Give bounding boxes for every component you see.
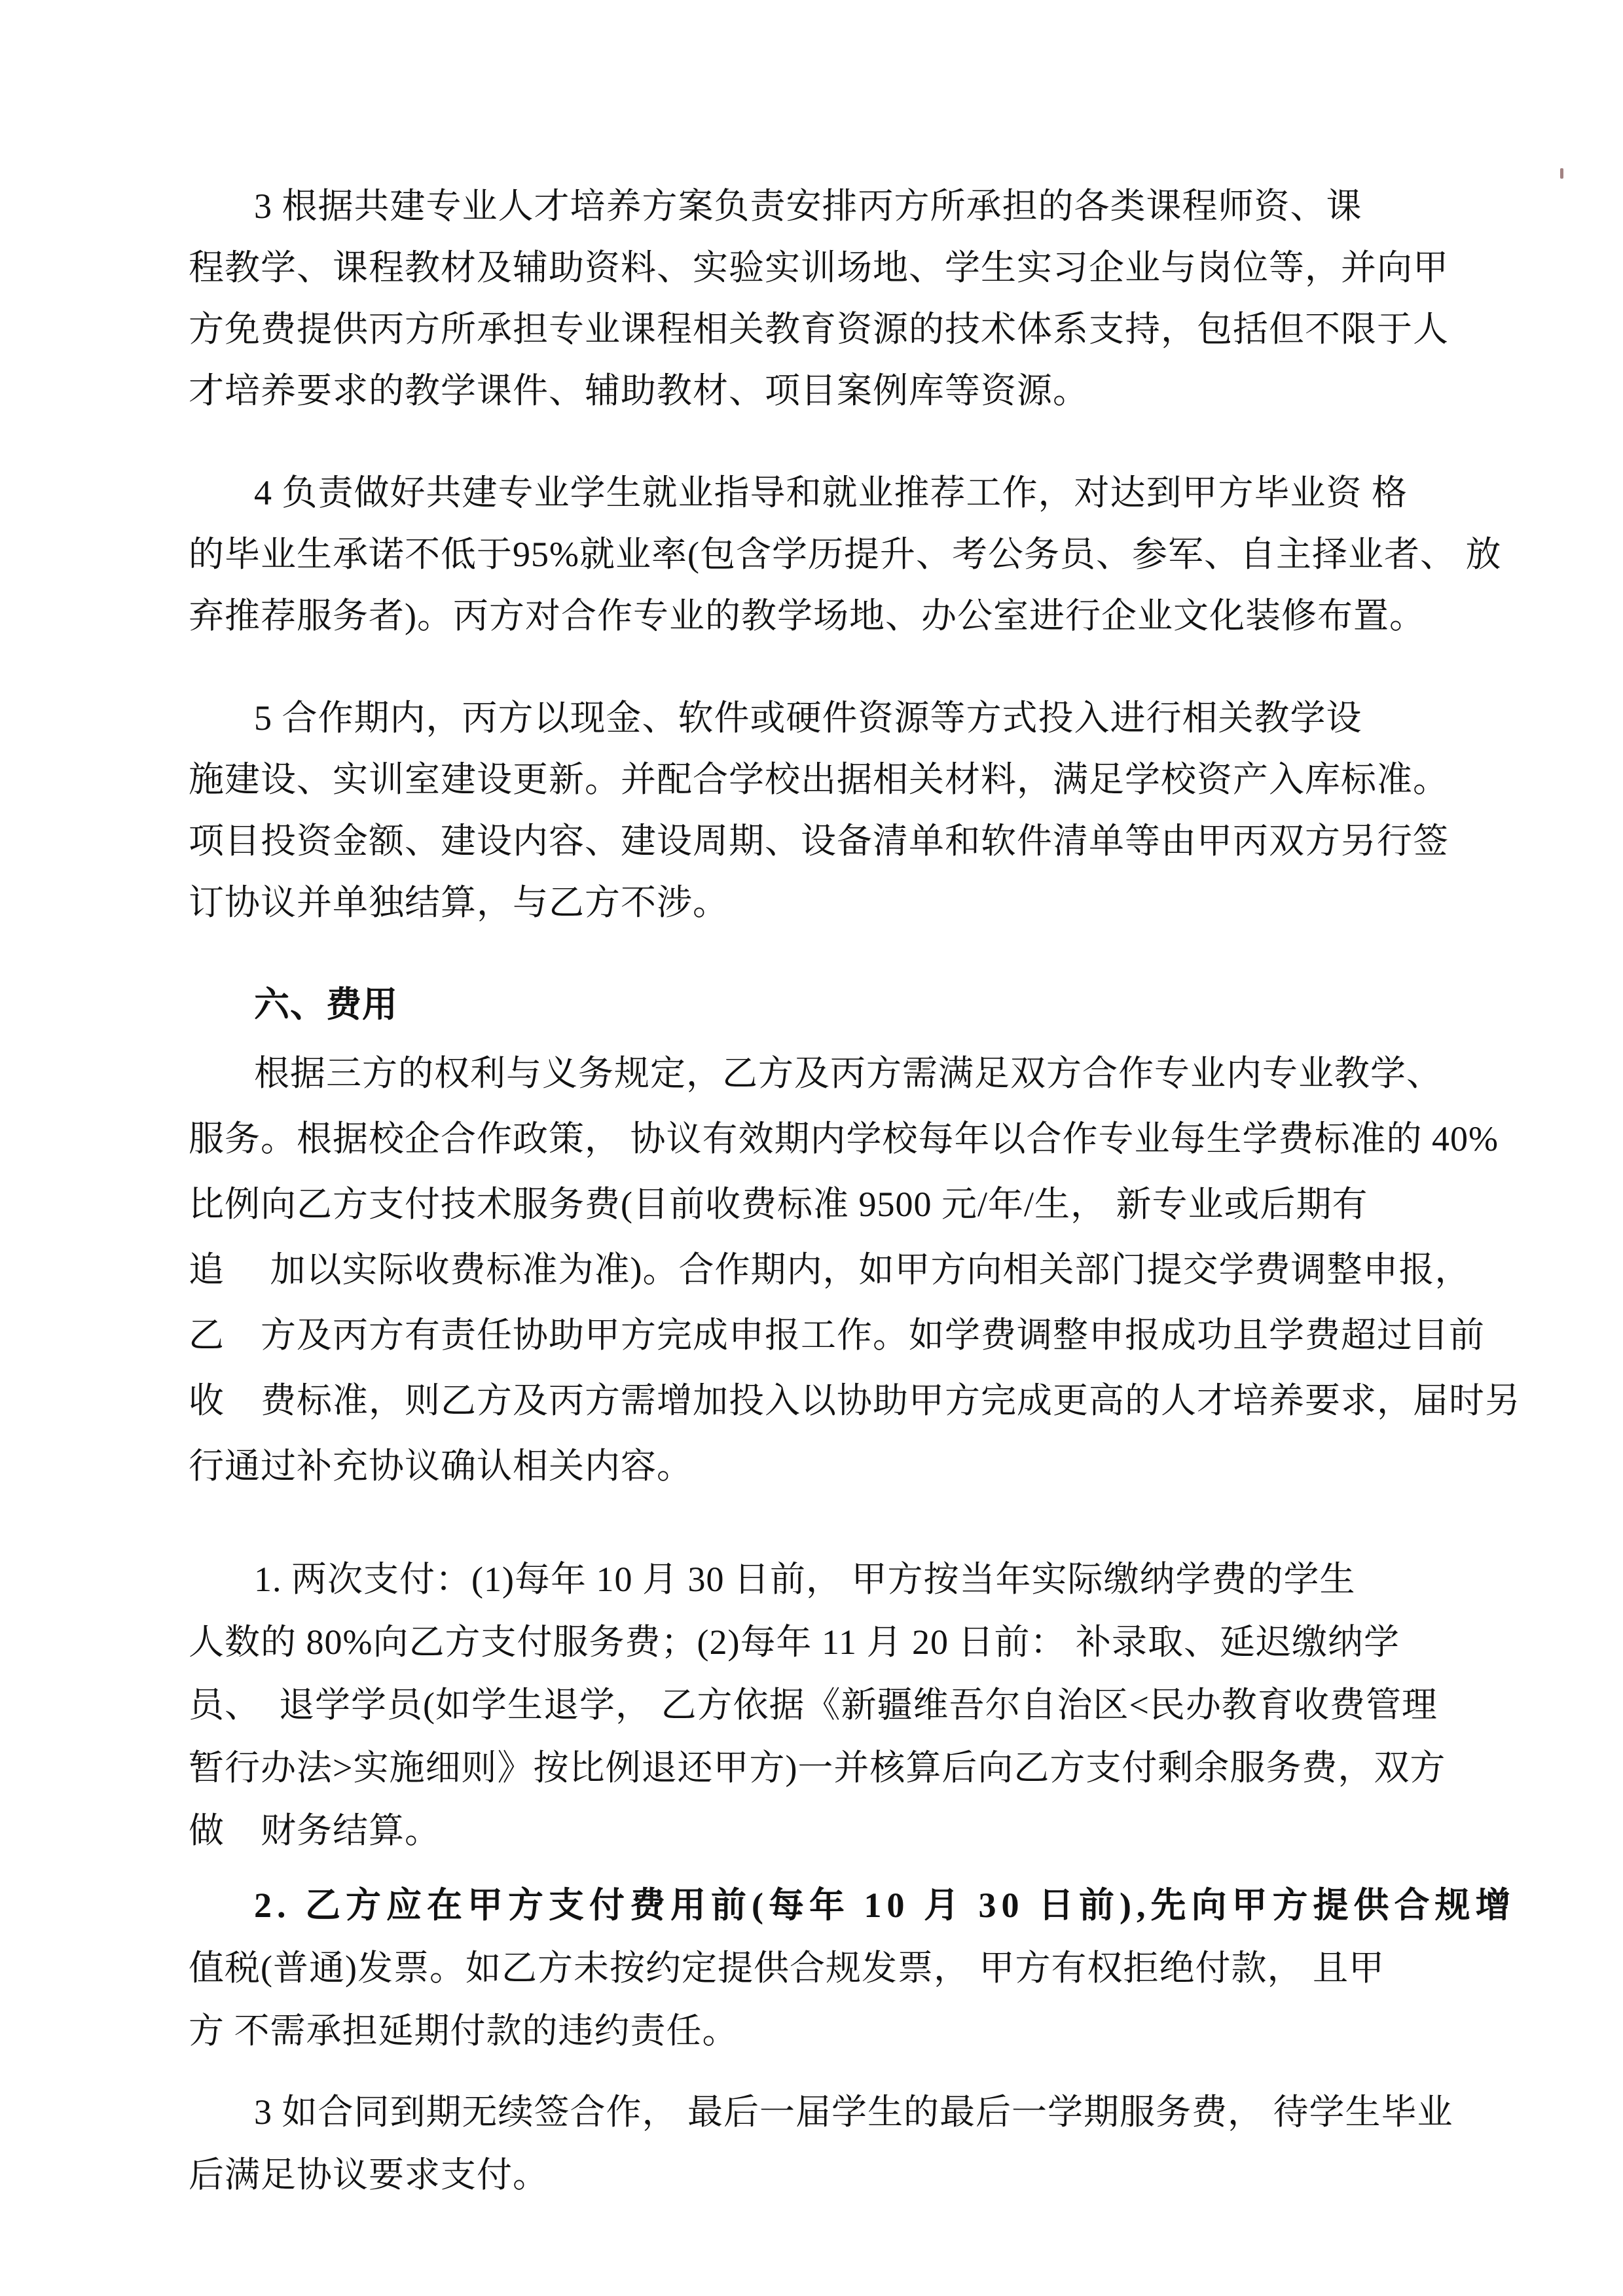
text-line: 项目投资金额、建设内容、建设周期、设备清单和软件清单等由甲丙双方另行签 [189,810,1472,872]
scan-artifact-mark [1560,168,1563,179]
text-line: 施建设、实训室建设更新。并配合学校出据相关材料，满足学校资产入库标准。 [189,749,1472,810]
text-line: 3 如合同到期无续签合作， 最后一届学生的最后一学期服务费， 待学生毕业 [189,2081,1472,2144]
text-line: 乙 方及丙方有责任协助甲方完成申报工作。如学费调整申报成功且学费超过目前 [189,1302,1472,1368]
text-line: 4 负责做好共建专业学生就业指导和就业推荐工作，对达到甲方毕业资 格 [189,462,1472,524]
text-line: 人数的 80%向乙方支付服务费；(2)每年 11 月 20 日前： 补录取、延迟… [189,1611,1472,1674]
text-line: 值税(普通)发票。如乙方未按约定提供合规发票， 甲方有权拒绝付款， 且甲 [189,1937,1472,2000]
paragraph: 4 负责做好共建专业学生就业指导和就业推荐工作，对达到甲方毕业资 格的毕业生承诺… [189,462,1472,647]
text-line: 追 加以实际收费标准为准)。合作期内，如甲方向相关部门提交学费调整申报， [189,1237,1472,1302]
text-line: 后满足协议要求支付。 [189,2144,1472,2206]
text-line: 1. 两次支付：(1)每年 10 月 30 日前， 甲方按当年实际缴纳学费的学生 [189,1548,1472,1611]
text-line: 暂行办法>实施细则》按比例退还甲方)一并核算后向乙方支付剩余服务费，双方 [189,1736,1472,1799]
paragraph: 3 根据共建专业人才培养方案负责安排丙方所承担的各类课程师资、课程教学、课程教材… [189,175,1472,422]
paragraph: 3 如合同到期无续签合作， 最后一届学生的最后一学期服务费， 待学生毕业后满足协… [189,2081,1472,2206]
text-line: 5 合作期内，丙方以现金、软件或硬件资源等方式投入进行相关教学设 [189,687,1472,749]
text-line: 员、 退学学员(如学生退学， 乙方依据《新疆维吾尔自治区<民办教育收费管理 [189,1674,1472,1736]
contract-page: 3 根据共建专业人才培养方案负责安排丙方所承担的各类课程师资、课程教学、课程教材… [0,0,1623,2296]
text-line: 比例向乙方支付技术服务费(目前收费标准 9500 元/年/生， 新专业或后期有 [189,1172,1472,1237]
text-line: 收 费标准，则乙方及丙方需增加投入以协助甲方完成更高的人才培养要求，届时另 [189,1368,1472,1433]
text-line: 服务。根据校企合作政策， 协议有效期内学校每年以合作专业每生学费标准的 40% [189,1106,1472,1172]
text-line: 根据三方的权利与义务规定，乙方及丙方需满足双方合作专业内专业教学、 [189,1041,1472,1106]
paragraph: 根据三方的权利与义务规定，乙方及丙方需满足双方合作专业内专业教学、服务。根据校企… [189,1041,1472,1499]
text-line: 弃推荐服务者)。丙方对合作专业的教学场地、办公室进行企业文化装修布置。 [189,585,1472,647]
text-line: 3 根据共建专业人才培养方案负责安排丙方所承担的各类课程师资、课 [189,175,1472,237]
text-line: 方免费提供丙方所承担专业课程相关教育资源的技术体系支持，包括但不限于人 [189,298,1472,360]
text-line: 2. 乙方应在甲方支付费用前(每年 10 月 30 日前),先向甲方提供合规增 [189,1874,1472,1937]
section-heading: 六、费用 [189,974,1472,1035]
text-line: 方 不需承担延期付款的违约责任。 [189,2000,1472,2062]
text-line: 做 财务结算。 [189,1799,1472,1862]
document-body: 3 根据共建专业人才培养方案负责安排丙方所承担的各类课程师资、课程教学、课程教材… [189,175,1472,2206]
paragraph: 1. 两次支付：(1)每年 10 月 30 日前， 甲方按当年实际缴纳学费的学生… [189,1548,1472,1862]
text-line: 行通过补充协议确认相关内容。 [189,1433,1472,1499]
text-line: 才培养要求的教学课件、辅助教材、项目案例库等资源。 [189,360,1472,422]
paragraph: 5 合作期内，丙方以现金、软件或硬件资源等方式投入进行相关教学设施建设、实训室建… [189,687,1472,933]
text-line: 程教学、课程教材及辅助资料、实验实训场地、学生实习企业与岗位等，并向甲 [189,237,1472,298]
text-line: 订协议并单独结算，与乙方不涉。 [189,872,1472,933]
text-line: 的毕业生承诺不低于95%就业率(包含学历提升、考公务员、参军、自主择业者、 放 [189,524,1472,585]
text-line: 六、费用 [189,974,1472,1035]
paragraph: 2. 乙方应在甲方支付费用前(每年 10 月 30 日前),先向甲方提供合规增值… [189,1874,1472,2062]
